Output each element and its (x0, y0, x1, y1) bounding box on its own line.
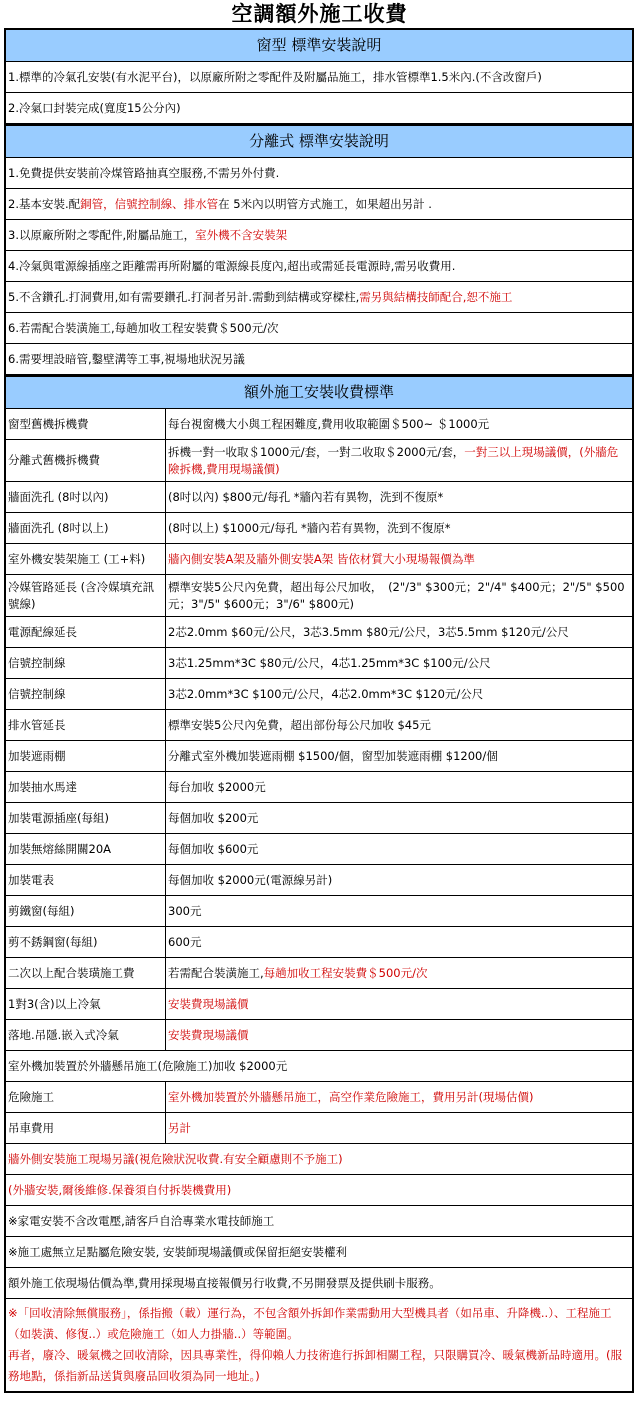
fee-item: 排水管延長 (6, 710, 166, 740)
fee-row: 窗型舊機拆機費每台視窗機大小與工程困難度,費用收取範圍＄500~ ＄1000元 (6, 409, 632, 440)
exterior-maintenance-note: (外牆安裝,爾後維修.保養須自付拆裝機費用) (6, 1175, 632, 1206)
fee-value: 另計 (166, 1113, 632, 1143)
fee-item: 1對3(含)以上冷氣 (6, 989, 166, 1019)
fee-value: (8吋以內) $800元/每孔 *牆內若有異物，洗到不復原* (166, 482, 632, 512)
fee-item: 室外機安裝架施工 (工+料) (6, 544, 166, 574)
fee-item: 冷媒管路延長 (含冷媒填充訊號線) (6, 575, 166, 616)
fee-value: 安裝費現場議價 (166, 989, 632, 1019)
voltage-note: ※家電安裝不含改電壓,請客戶自洽專業水電技師施工 (6, 1206, 632, 1237)
fee-item: 危險施工 (6, 1082, 166, 1112)
split-item-tail: 在 5米內以明管方式施工，如果超出另計 . (218, 196, 432, 212)
fee-item: 剪鐵窗(每組) (6, 896, 166, 926)
split-item-text: 5.不含鑽孔.打洞費用,如有需要鑽孔.打洞者另計.需動到結構或穿樑柱, (8, 289, 359, 305)
fee-value: 600元 (166, 927, 632, 957)
fee-value: 分離式室外機加裝遮雨棚 $1500/個，窗型加裝遮雨棚 $1200/個 (166, 741, 632, 771)
fee-row: 加裝電表每個加收 $2000元(電源線另計) (6, 865, 632, 896)
fee-value: 標準安裝5公尺內免費，超出部份每公尺加收 $45元 (166, 710, 632, 740)
fee-row: 剪鐵窗(每組)300元 (6, 896, 632, 927)
fee-row: 牆面洗孔 (8吋以內)(8吋以內) $800元/每孔 *牆內若有異物，洗到不復原… (6, 482, 632, 513)
fee-item: 加裝抽水馬達 (6, 772, 166, 802)
split-item-highlight: 需另與結構技師配合,恕不施工 (359, 289, 512, 305)
fee-value: 室外機加裝置於外牆懸吊施工，高空作業危險施工，費用另計(現場估價) (166, 1082, 632, 1112)
split-item-highlight: 銅管，信號控制線、排水管 (80, 196, 218, 212)
fee-row: 剪不銹鋼窗(每組)600元 (6, 927, 632, 958)
fee-row: 加裝抽水馬達每台加收 $2000元 (6, 772, 632, 803)
split-item-1: 1.免費提供安裝前冷煤管路抽真空服務,不需另外付費. (6, 158, 632, 189)
fee-item: 加裝遮雨棚 (6, 741, 166, 771)
split-section-header: 分離式 標準安裝說明 (6, 124, 632, 158)
split-item-5: 5.不含鑽孔.打洞費用,如有需要鑽孔.打洞者另計.需動到結構或穿樑柱,需另與結構… (6, 282, 632, 313)
fee-value-text: (8吋以內) $800元/每孔 *牆內若有異物，洗到不復原* (168, 489, 443, 506)
fee-row: 加裝電源插座(每組)每個加收 $200元 (6, 803, 632, 834)
fee-value: 牆內側安裝A架及牆外側安裝A架 皆依材質大小現場報價為準 (166, 544, 632, 574)
window-section-header: 窗型 標準安裝說明 (6, 30, 632, 62)
fee-value-text: (8吋以上) $1000元/每孔 *牆內若有異物，洗到不復原* (168, 520, 451, 537)
fee-item: 信號控制線 (6, 679, 166, 709)
hanging-surcharge-row: 室外機加裝置於外牆懸吊施工(危險施工)加收 $2000元 (6, 1051, 632, 1082)
fee-row: 冷媒管路延長 (含冷媒填充訊號線)標準安裝5公尺內免費，超出每公尺加收， (2"… (6, 575, 632, 617)
fee-row: 電源配線延長2芯2.0mm $60元/公尺，3芯3.5mm $80元/公尺，3芯… (6, 617, 632, 648)
fee-value: 若需配合裝潢施工,每趟加收工程安裝費＄500元/次 (166, 958, 632, 988)
page-title: 空調額外施工收費 (0, 0, 639, 28)
fee-value: 拆機一對一收取＄1000元/套，一對二收取＄2000元/套，一對三以上現場議價，… (166, 440, 632, 481)
fee-value: 每個加收 $2000元(電源線另計) (166, 865, 632, 895)
fee-row: 加裝無熔絲開關20A每個加收 $600元 (6, 834, 632, 865)
split-item-text: 2.基本安裝.配 (8, 196, 80, 212)
fee-row: 落地.吊隱.嵌入式冷氣安裝費現場議價 (6, 1020, 632, 1051)
fee-value-text: 每台視窗機大小與工程困難度,費用收取範圍＄500~ ＄1000元 (168, 417, 489, 431)
split-item-text: 6.需要埋設暗管,鑿壁溝等工事,視場地狀況另議 (8, 351, 245, 367)
fee-item: 牆面洗孔 (8吋以上) (6, 513, 166, 543)
fee-row: 1對3(含)以上冷氣安裝費現場議價 (6, 989, 632, 1020)
fee-value: 每台加收 $2000元 (166, 772, 632, 802)
fee-item: 窗型舊機拆機費 (6, 409, 166, 439)
fee-row: 二次以上配合裝璜施工費若需配合裝潢施工,每趟加收工程安裝費＄500元/次 (6, 958, 632, 989)
fee-row: 加裝遮雨棚分離式室外機加裝遮雨棚 $1500/個，窗型加裝遮雨棚 $1200/個 (6, 741, 632, 772)
fee-value: 2芯2.0mm $60元/公尺，3芯3.5mm $80元/公尺，3芯5.5mm … (166, 617, 632, 647)
split-item-4: 4.冷氣與電源線插座之距離需再所附屬的電源線長度內,超出或需延長電源時,需另收費… (6, 251, 632, 282)
fee-sheet: 窗型 標準安裝說明 1.標準的冷氣孔安裝(有水泥平台)，以原廠所附之零配件及附屬… (4, 28, 634, 1393)
split-item-text: 3.以原廠所附之零配件,附屬品施工， (8, 227, 195, 243)
split-item-text: 4.冷氣與電源線插座之距離需再所附屬的電源線長度內,超出或需延長電源時,需另收費… (8, 258, 455, 274)
recycling-note-1: ※「回收清除無償服務」，係指搬（載）運行為，不包含額外拆卸作業需動用大型機具者（… (8, 1303, 630, 1345)
fee-row: 室外機安裝架施工 (工+料)牆內側安裝A架及牆外側安裝A架 皆依材質大小現場報價… (6, 544, 632, 575)
fee-value: 3芯2.0mm*3C $100元/公尺，4芯2.0mm*3C $120元/公尺 (166, 679, 632, 709)
fee-item: 加裝電源插座(每組) (6, 803, 166, 833)
fee-value: 3芯1.25mm*3C $80元/公尺，4芯1.25mm*3C $100元/公尺 (166, 648, 632, 678)
split-item-7: 6.需要埋設暗管,鑿壁溝等工事,視場地狀況另議 (6, 344, 632, 375)
split-item-6: 6.若需配合裝潢施工,每趟加收工程安裝費＄500元/次 (6, 313, 632, 344)
fee-row: 牆面洗孔 (8吋以上)(8吋以上) $1000元/每孔 *牆內若有異物，洗到不復… (6, 513, 632, 544)
invoice-note: 額外施工依現場估價為準,費用採現場直接報價另行收費,不另開發票及提供刷卡服務。 (6, 1268, 632, 1299)
exterior-install-note: 牆外側安裝施工現場另議(視危險狀況收費.有安全顧慮則不予施工) (6, 1144, 632, 1175)
fee-item: 落地.吊隱.嵌入式冷氣 (6, 1020, 166, 1050)
fee-value: 每個加收 $600元 (166, 834, 632, 864)
fee-value-text: 若需配合裝潢施工, (168, 965, 264, 982)
fee-item: 吊車費用 (6, 1113, 166, 1143)
fee-value-text: 拆機一對一收取＄1000元/套，一對二收取＄2000元/套， (168, 445, 464, 459)
fee-section-header: 額外施工安裝收費標準 (6, 375, 632, 409)
fee-item: 加裝電表 (6, 865, 166, 895)
split-item-highlight: 室外機不含安裝架 (195, 227, 287, 243)
fee-item: 牆面洗孔 (8吋以內) (6, 482, 166, 512)
fee-value: 300元 (166, 896, 632, 926)
fee-row: 信號控制線3芯2.0mm*3C $100元/公尺，4芯2.0mm*3C $120… (6, 679, 632, 710)
fee-item: 加裝無熔絲開關20A (6, 834, 166, 864)
fee-row: 吊車費用另計 (6, 1113, 632, 1144)
fee-value: 每個加收 $200元 (166, 803, 632, 833)
fee-value: 安裝費現場議價 (166, 1020, 632, 1050)
fee-item: 剪不銹鋼窗(每組) (6, 927, 166, 957)
split-item-text: 6.若需配合裝潢施工,每趟加收工程安裝費＄500元/次 (8, 320, 278, 336)
fee-item: 分離式舊機拆機費 (6, 440, 166, 481)
recycling-note-2: 再者，廢冷、暖氣機之回收清除，因具專業性，得仰賴人力技術進行拆卸相關工程，只限購… (8, 1345, 630, 1387)
no-foothold-note: ※施工處無立足點屬危險安裝, 安裝師現場議價或保留拒絕安裝權利 (6, 1237, 632, 1268)
fee-item: 電源配線延長 (6, 617, 166, 647)
fee-value: (8吋以上) $1000元/每孔 *牆內若有異物，洗到不復原* (166, 513, 632, 543)
fee-row: 信號控制線3芯1.25mm*3C $80元/公尺，4芯1.25mm*3C $10… (6, 648, 632, 679)
fee-row: 分離式舊機拆機費拆機一對一收取＄1000元/套，一對二收取＄2000元/套，一對… (6, 440, 632, 482)
window-item-2: 2.冷氣口封裝完成(寬度15公分內) (6, 93, 632, 124)
fee-row: 排水管延長標準安裝5公尺內免費，超出部份每公尺加收 $45元 (6, 710, 632, 741)
fee-value: 每台視窗機大小與工程困難度,費用收取範圍＄500~ ＄1000元 (166, 409, 632, 439)
fee-value-highlight: 每趟加收工程安裝費＄500元/次 (264, 965, 428, 982)
fee-item: 二次以上配合裝璜施工費 (6, 958, 166, 988)
fee-row: 危險施工室外機加裝置於外牆懸吊施工，高空作業危險施工，費用另計(現場估價) (6, 1082, 632, 1113)
split-item-3: 3.以原廠所附之零配件,附屬品施工，室外機不含安裝架 (6, 220, 632, 251)
fee-item: 信號控制線 (6, 648, 166, 678)
window-item-1: 1.標準的冷氣孔安裝(有水泥平台)，以原廠所附之零配件及附屬品施工，排水管標準1… (6, 62, 632, 93)
fee-value: 標準安裝5公尺內免費，超出每公尺加收， (2"/3" $300元；2"/4" $… (166, 575, 632, 616)
split-item-text: 1.免費提供安裝前冷煤管路抽真空服務,不需另外付費. (8, 165, 279, 181)
recycling-notes: ※「回收清除無償服務」，係指搬（載）運行為，不包含額外拆卸作業需動用大型機具者（… (6, 1299, 632, 1391)
split-item-2: 2.基本安裝.配銅管，信號控制線、排水管在 5米內以明管方式施工，如果超出另計 … (6, 189, 632, 220)
